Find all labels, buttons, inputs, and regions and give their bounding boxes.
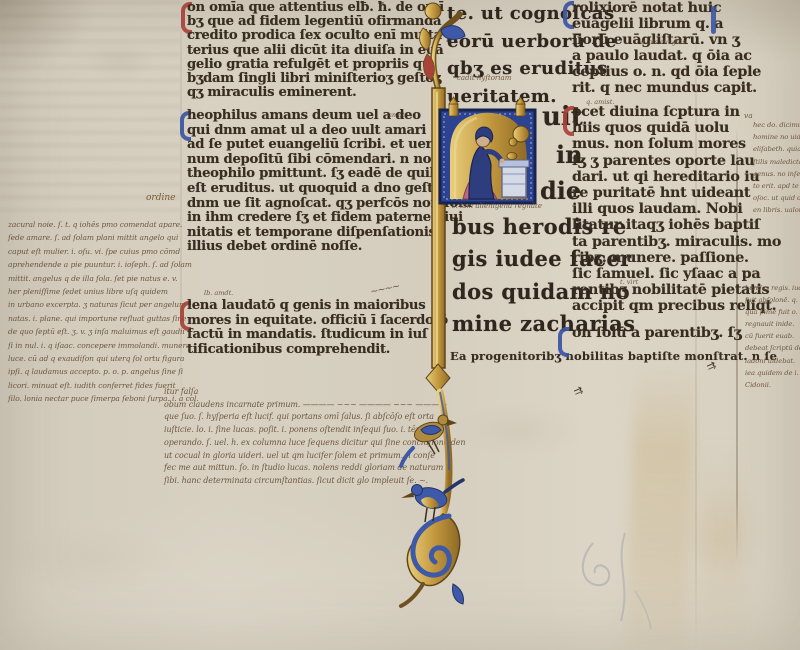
right-margin-gloss-lower: hendes regis. iudeefuit abſolonē. q.qua … [745,282,800,391]
text-line: ta parentibʒ. miraculis. mo [572,234,742,250]
text-line: accipit qm precibus reliqt. [572,298,742,314]
text-line: Cidonii. [745,379,800,391]
text-line: aprehendende a pie puuntur. i. ioſeph. ſ… [8,258,180,271]
commentary-paragraph-prolixiorem: rolixiorē notat huiceuāgelii librum q. a… [572,0,742,96]
text-line: natas. i. plane. qui importune refluat g… [8,312,180,325]
ink-showthrough [0,0,180,212]
text-line: rit. q nec mundus capit. [572,80,742,96]
text-line: iea quidem de i. [745,367,800,379]
right-margin-gloss-upper: hec do. dicimushomine no uidebateliſabet… [753,119,800,217]
text-line: illi quos laudam. Nobi [572,201,742,217]
paragraph-mark-blue [711,6,716,34]
text-line: re puritatē hnt uideant [572,185,742,201]
text-line: eliſabeth. quia ora [753,143,800,155]
left-margin-gloss: zacural noie. ſ. t. q iohēs pmo comendat… [8,218,180,406]
bird-on-flourish-icon [401,480,463,522]
text-line: regnauit inide. [745,318,800,330]
text-line: en libris. ualoris [753,204,800,216]
text-line: mus. non ſolum mores [572,136,742,152]
text-line: licori. minuat eſt. iudith conferret fid… [8,379,180,392]
right-gloss-heading: va [744,111,753,120]
text-line: euāgelii librum q. a [572,16,742,32]
commentary-paragraph-docet: ocet diuina ſcptura inhiis quos quidā uo… [572,104,742,315]
text-line: dari. ut qi hereditario iu [572,169,742,185]
text-line: homine no uidebat [753,131,800,143]
marginal-annotation: lb. amdt. [204,289,233,297]
text-line: ſic ſamuel. ſic yſaac a pa [572,266,742,282]
text-line: in urbano excerpta. ʒ naturas ſicut per … [8,298,180,311]
text-line: ſi in nul. i. q iſaac. concepere immolan… [8,339,180,352]
manuscript-page: zacural noie. ſ. t. q iohēs pmo comendat… [0,0,800,650]
initial-bracket-blue [558,327,569,357]
text-line: debeat ſcriptū de [745,342,800,354]
text-line: qua pime fuit o. [745,306,800,318]
text-line: zacural noie. ſ. t. q iohēs pmo comendat… [8,218,180,231]
interlinear-annotation: t. virt [620,278,638,286]
text-line: ceptius o. n. qd ōia ſeple [572,64,742,80]
text-line: luce. cū ad q exaudiſon qui uterq ſol or… [8,352,180,365]
text-line: mittit. angelus q de illa ſola. ſet pie … [8,272,180,285]
text-line: fuit abſolonē. q. [745,294,800,306]
text-line: ſede amare. ſ. ad ſolam plani mittit ang… [8,231,180,244]
text-line: ſʒ ʒ parentes oporte lau [572,153,742,169]
tie-mark: → [571,382,585,398]
interlinear-gloss: s. iam alienigena regnāte [452,202,542,210]
text-line: rentibʒ nobilitatē pietatis [572,282,742,298]
text-line: litatur itaqʒ iohēs baptiſ [572,217,742,233]
text-line: ribʒ. munere. paſſione. [572,250,742,266]
text-line: ipſi. q laudamus accepto. p. o. p. angel… [8,365,180,378]
text-line: to erit. apd te [753,180,800,192]
text-line: de quo ſeptū eſt. ʒ. v. ʒ inſa maluimus … [8,325,180,338]
text-line: caput eſt mulier. i. oſu. vi. ſpe cuius … [8,245,180,258]
ruling-line [180,0,182,400]
ordine-label: ordine [146,193,175,203]
text-line: genus. no inſecu [753,168,800,180]
text-line: hiis quos quidā uolu [572,120,742,136]
text-line: rolixiorē notat huic [572,0,742,16]
text-line: oſoc. ut quid dul [753,192,800,204]
text-line: hendes regis. iudee [745,282,800,294]
text-line: ladoni uidebat. [745,355,800,367]
text-line: ſtilis maledicta [753,156,800,168]
text-line: ocet diuina ſcptura in [572,104,742,120]
interlinear-annotation: q ipis euagliis [640,38,686,46]
commentary-wide-line: Ea progenitoribʒ nobilitas baptiſte monſ… [450,349,777,364]
commentary-paragraph-non-solum: on ſolū a parentibʒ. ſʒ [572,326,747,341]
text-line: her pleniſſime ſedet unius libre uſq qui… [8,285,180,298]
initial-miniature-panel [440,97,535,203]
text-line: cū fuerit euab. [745,330,800,342]
drypoint-doodle [565,525,665,639]
text-line: hec do. dicimus [753,119,800,131]
spiral-flourish [401,514,464,606]
text-line: ſilo. lonia nectar puce ſimerpa ſeboni ſ… [8,392,180,405]
initial-finial [420,3,465,92]
text-line: a paulo laudat. q ōia ac [572,48,742,64]
